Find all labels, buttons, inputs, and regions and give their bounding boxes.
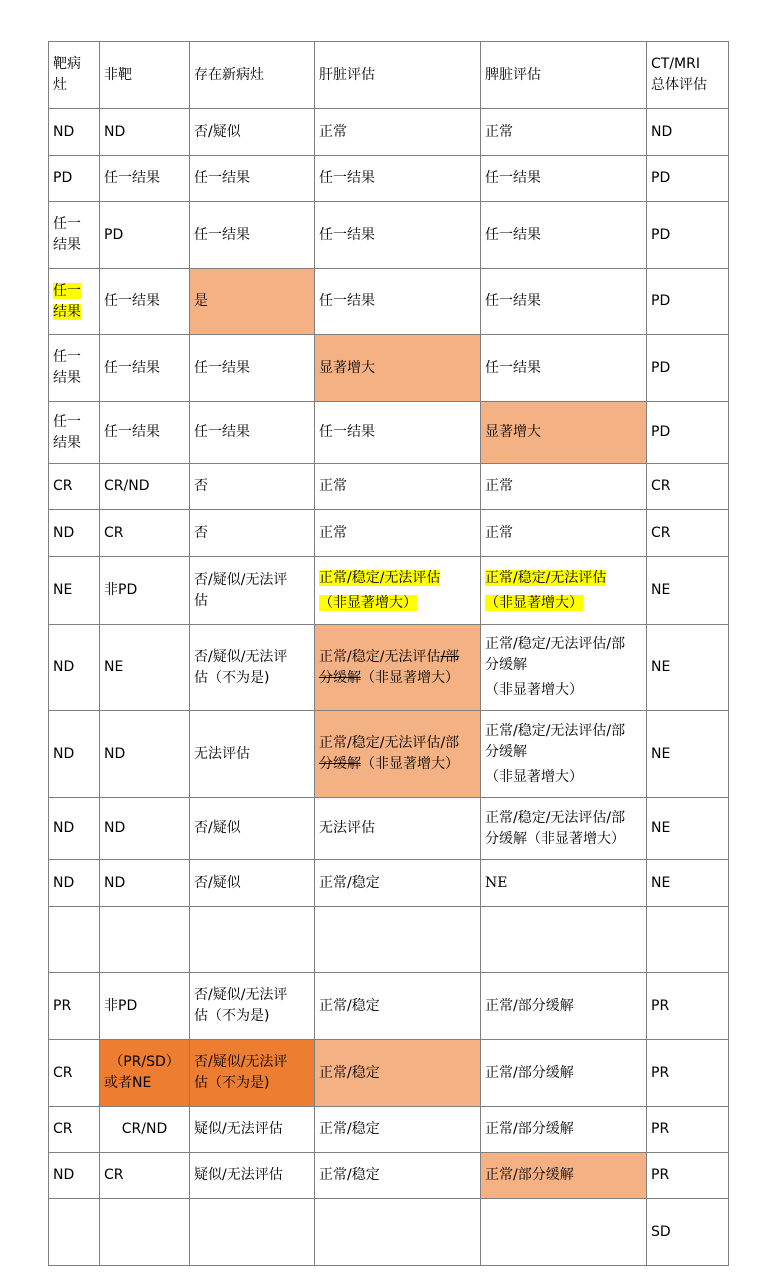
cell: 任一结果 bbox=[100, 156, 190, 202]
table-row: ND CR 疑似/无法评估 正常/稳定 正常/部分缓解 PR bbox=[49, 1153, 729, 1199]
cell: 非PD bbox=[100, 557, 190, 625]
header-liver: 肝脏评估 bbox=[315, 42, 481, 109]
cell: CR/ND bbox=[100, 1107, 190, 1153]
cell: 否/疑似/无法评估（不为是) bbox=[190, 973, 315, 1040]
cell: 任一结果 bbox=[190, 156, 315, 202]
cell: 非PD bbox=[100, 973, 190, 1040]
cell bbox=[49, 1199, 100, 1266]
cell: 任一结果 bbox=[315, 402, 481, 464]
cell: 任一结果 bbox=[190, 335, 315, 402]
cell: 任一结果 bbox=[190, 402, 315, 464]
cell bbox=[190, 1199, 315, 1266]
cell: 任一结果 bbox=[481, 202, 647, 269]
cell: 正常/稳定/无法评估（非显著增大） bbox=[481, 557, 647, 625]
cell: NE bbox=[647, 798, 729, 860]
cell-highlight: 正常/部分缓解 bbox=[481, 1153, 647, 1199]
cell: 任一结果 bbox=[100, 269, 190, 335]
cell: PR bbox=[647, 973, 729, 1040]
cell: ND bbox=[647, 109, 729, 156]
cell: CR bbox=[647, 464, 729, 510]
header-spleen: 脾脏评估 bbox=[481, 42, 647, 109]
cell: CR bbox=[100, 510, 190, 557]
cell: 任一结果 bbox=[315, 202, 481, 269]
table-row: 任一结果 任一结果 任一结果 显著增大 任一结果 PD bbox=[49, 335, 729, 402]
cell-highlight: 显著增大 bbox=[481, 402, 647, 464]
cell: ND bbox=[49, 109, 100, 156]
table-row: ND ND 否/疑似 无法评估 正常/稳定/无法评估/部分缓解（非显著增大） N… bbox=[49, 798, 729, 860]
cell: 疑似/无法评估 bbox=[190, 1153, 315, 1199]
cell: 任一结果 bbox=[481, 156, 647, 202]
cell: NE bbox=[647, 557, 729, 625]
cell: 正常/稳定/无法评估/部分缓解（非显著增大） bbox=[481, 625, 647, 711]
cell: ND bbox=[49, 711, 100, 798]
cell: ND bbox=[49, 860, 100, 907]
cell: ND bbox=[49, 510, 100, 557]
cell: 正常 bbox=[315, 510, 481, 557]
cell: 任一结果 bbox=[100, 335, 190, 402]
cell: NE bbox=[49, 557, 100, 625]
cell: PR bbox=[647, 1040, 729, 1107]
cell bbox=[481, 1199, 647, 1266]
cell: NE bbox=[100, 625, 190, 711]
cell: 正常 bbox=[315, 464, 481, 510]
table-row: SD bbox=[49, 1199, 729, 1266]
cell: PD bbox=[647, 202, 729, 269]
cell: CR bbox=[49, 464, 100, 510]
table-row: ND ND 否/疑似 正常/稳定 NE NE bbox=[49, 860, 729, 907]
cell: ND bbox=[49, 625, 100, 711]
cell bbox=[647, 907, 729, 973]
cell: SD bbox=[647, 1199, 729, 1266]
cell bbox=[190, 907, 315, 973]
cell: PR bbox=[49, 973, 100, 1040]
cell: 否/疑似/无法评估（不为是) bbox=[190, 625, 315, 711]
cell bbox=[315, 907, 481, 973]
cell: 正常 bbox=[315, 109, 481, 156]
table-row: ND ND 无法评估 正常/稳定/无法评估/部分缓解（非显著增大） 正常/稳定/… bbox=[49, 711, 729, 798]
header-non-target: 非靶 bbox=[100, 42, 190, 109]
table-row: 任一结果 任一结果 是 任一结果 任一结果 PD bbox=[49, 269, 729, 335]
cell: NE bbox=[647, 860, 729, 907]
cell: PD bbox=[647, 402, 729, 464]
cell: CR bbox=[100, 1153, 190, 1199]
table-row: ND NE 否/疑似/无法评估（不为是) 正常/稳定/无法评估/部分缓解（非显著… bbox=[49, 625, 729, 711]
table-row: CR CR/ND 疑似/无法评估 正常/稳定 正常/部分缓解 PR bbox=[49, 1107, 729, 1153]
cell: 正常/部分缓解 bbox=[481, 1040, 647, 1107]
cell-highlight: 正常/稳定 bbox=[315, 1040, 481, 1107]
cell: 任一结果 bbox=[315, 269, 481, 335]
cell: PD bbox=[647, 335, 729, 402]
cell: 无法评估 bbox=[190, 711, 315, 798]
cell: CR/ND bbox=[100, 464, 190, 510]
cell: 否/疑似 bbox=[190, 860, 315, 907]
cell-highlight: 正常/稳定/无法评估/部分缓解（非显著增大） bbox=[315, 625, 481, 711]
table-row: CR （PR/SD）或者NE 否/疑似/无法评估（不为是) 正常/稳定 正常/部… bbox=[49, 1040, 729, 1107]
cell: ND bbox=[100, 711, 190, 798]
cell: 正常 bbox=[481, 510, 647, 557]
cell: 正常/稳定 bbox=[315, 973, 481, 1040]
cell: PD bbox=[49, 156, 100, 202]
cell: 否/疑似/无法评估 bbox=[190, 557, 315, 625]
cell: 正常 bbox=[481, 464, 647, 510]
table-row-empty bbox=[49, 907, 729, 973]
cell: 任一结果 bbox=[49, 269, 100, 335]
cell: PD bbox=[647, 156, 729, 202]
cell: 否 bbox=[190, 510, 315, 557]
cell: CR bbox=[49, 1107, 100, 1153]
cell: PR bbox=[647, 1153, 729, 1199]
table-row: PD 任一结果 任一结果 任一结果 任一结果 PD bbox=[49, 156, 729, 202]
cell: 任一结果 bbox=[49, 402, 100, 464]
cell: 正常/稳定 bbox=[315, 1107, 481, 1153]
header-overall: CT/MRI总体评估 bbox=[647, 42, 729, 109]
cell: ND bbox=[100, 860, 190, 907]
cell: 任一结果 bbox=[100, 402, 190, 464]
cell: NE bbox=[647, 711, 729, 798]
table-row: ND ND 否/疑似 正常 正常 ND bbox=[49, 109, 729, 156]
cell bbox=[100, 907, 190, 973]
cell bbox=[481, 907, 647, 973]
cell: PR bbox=[647, 1107, 729, 1153]
header-row: 靶病灶 非靶 存在新病灶 肝脏评估 脾脏评估 CT/MRI总体评估 bbox=[49, 42, 729, 109]
cell bbox=[315, 1199, 481, 1266]
cell: 任一结果 bbox=[190, 202, 315, 269]
header-new-lesion: 存在新病灶 bbox=[190, 42, 315, 109]
cell: NE bbox=[647, 625, 729, 711]
table-row: NE 非PD 否/疑似/无法评估 正常/稳定/无法评估（非显著增大） 正常/稳定… bbox=[49, 557, 729, 625]
cell: CR bbox=[49, 1040, 100, 1107]
table-row: 任一结果 任一结果 任一结果 任一结果 显著增大 PD bbox=[49, 402, 729, 464]
cell: 无法评估 bbox=[315, 798, 481, 860]
cell-highlight: 显著增大 bbox=[315, 335, 481, 402]
cell-highlight: 正常/稳定/无法评估/部分缓解（非显著增大） bbox=[315, 711, 481, 798]
cell bbox=[100, 1199, 190, 1266]
cell: 正常/稳定 bbox=[315, 860, 481, 907]
cell: 疑似/无法评估 bbox=[190, 1107, 315, 1153]
table-row: CR CR/ND 否 正常 正常 CR bbox=[49, 464, 729, 510]
cell-highlight: 是 bbox=[190, 269, 315, 335]
cell: 否/疑似 bbox=[190, 109, 315, 156]
cell: PD bbox=[100, 202, 190, 269]
cell: CR bbox=[647, 510, 729, 557]
cell: 正常 bbox=[481, 109, 647, 156]
cell-highlight-strong: 否/疑似/无法评估（不为是) bbox=[190, 1040, 315, 1107]
cell: 正常/部分缓解 bbox=[481, 1107, 647, 1153]
table-row: PR 非PD 否/疑似/无法评估（不为是) 正常/稳定 正常/部分缓解 PR bbox=[49, 973, 729, 1040]
cell: 否/疑似 bbox=[190, 798, 315, 860]
cell: ND bbox=[49, 1153, 100, 1199]
cell: 任一结果 bbox=[481, 269, 647, 335]
cell: 任一结果 bbox=[481, 335, 647, 402]
cell: NE bbox=[481, 860, 647, 907]
cell: 正常/稳定/无法评估（非显著增大） bbox=[315, 557, 481, 625]
cell: 否 bbox=[190, 464, 315, 510]
table-row: ND CR 否 正常 正常 CR bbox=[49, 510, 729, 557]
cell: ND bbox=[100, 798, 190, 860]
table-row: 任一结果 PD 任一结果 任一结果 任一结果 PD bbox=[49, 202, 729, 269]
response-evaluation-table: 靶病灶 非靶 存在新病灶 肝脏评估 脾脏评估 CT/MRI总体评估 ND ND … bbox=[48, 41, 729, 1266]
cell: 任一结果 bbox=[49, 335, 100, 402]
header-target-lesion: 靶病灶 bbox=[49, 42, 100, 109]
cell: 正常/部分缓解 bbox=[481, 973, 647, 1040]
cell: ND bbox=[49, 798, 100, 860]
cell: ND bbox=[100, 109, 190, 156]
cell: 正常/稳定/无法评估/部分缓解（非显著增大） bbox=[481, 711, 647, 798]
cell: 正常/稳定 bbox=[315, 1153, 481, 1199]
cell bbox=[49, 907, 100, 973]
cell: PD bbox=[647, 269, 729, 335]
cell: 正常/稳定/无法评估/部分缓解（非显著增大） bbox=[481, 798, 647, 860]
cell: 任一结果 bbox=[49, 202, 100, 269]
cell-highlight-strong: （PR/SD）或者NE bbox=[100, 1040, 190, 1107]
cell: 任一结果 bbox=[315, 156, 481, 202]
